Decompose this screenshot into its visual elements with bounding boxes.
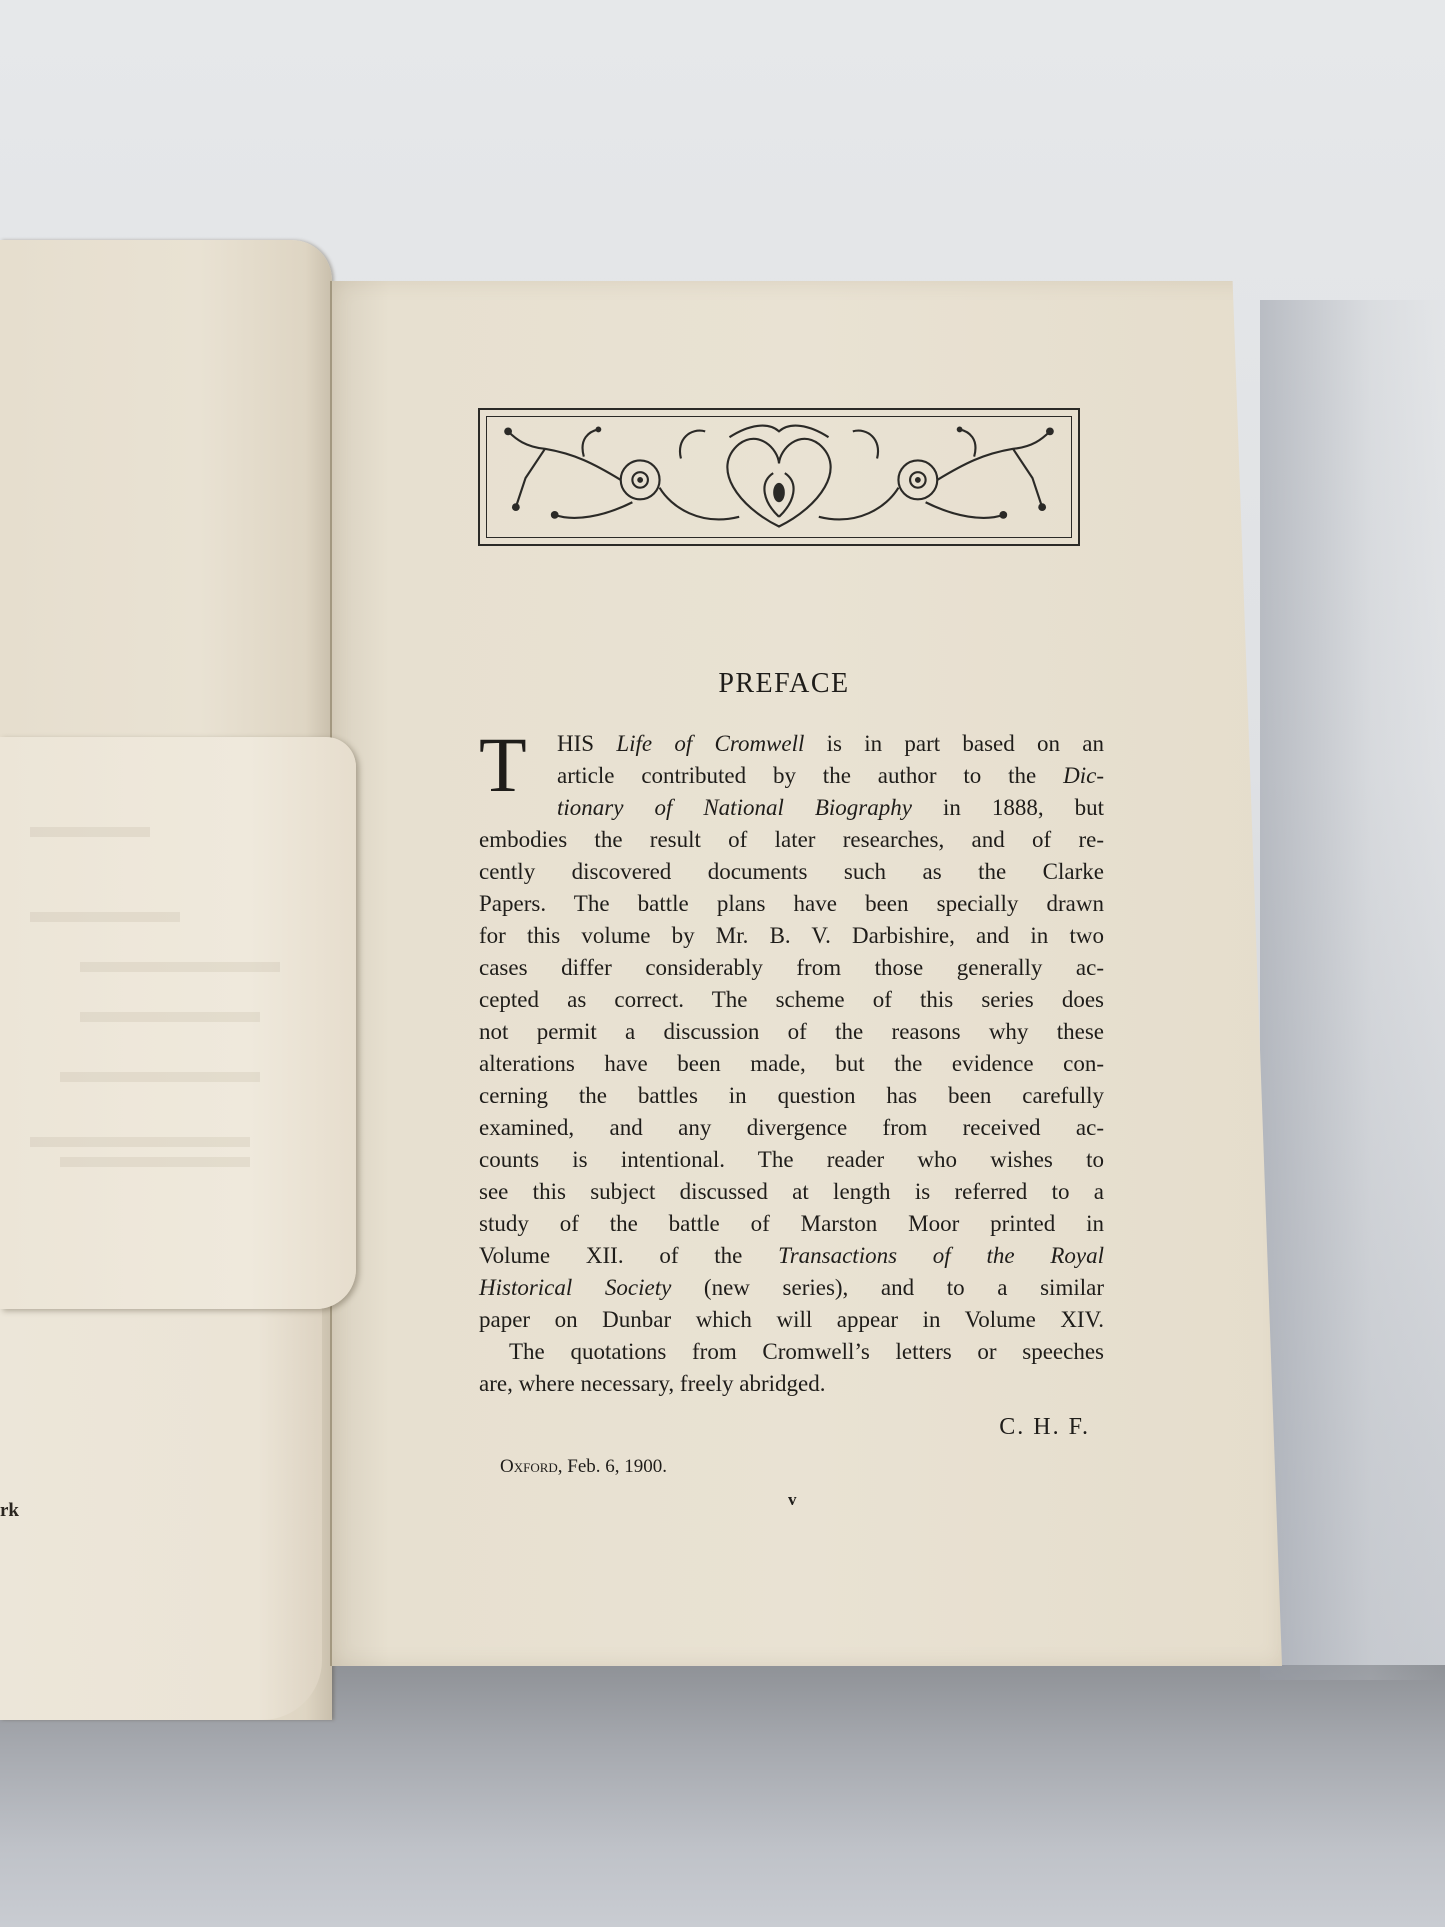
decorative-headpiece xyxy=(478,408,1080,546)
show-through-text xyxy=(60,1157,250,1167)
left-page-partial-text: rk xyxy=(0,1500,19,1522)
text-line: are, where necessary, freely abridged. xyxy=(479,1368,1104,1400)
page-number: v xyxy=(788,1490,797,1510)
show-through-text xyxy=(30,912,180,922)
show-through-text xyxy=(60,1072,260,1082)
text-line: tionary of National Biography in 1888, b… xyxy=(479,792,1104,824)
text-line: alterations have been made, but the evid… xyxy=(479,1048,1104,1080)
folded-insert-sheet[interactable] xyxy=(0,737,356,1309)
text-line: examined, and any divergence from receiv… xyxy=(479,1112,1104,1144)
text-line: paper on Dunbar which will appear in Vol… xyxy=(479,1304,1104,1336)
text-line: cerning the battles in question has been… xyxy=(479,1080,1104,1112)
text-line: HIS Life of Cromwell is in part based on… xyxy=(479,728,1104,760)
left-page-lower xyxy=(0,1300,322,1720)
show-through-text xyxy=(30,1137,250,1147)
text-line: cases differ considerably from those gen… xyxy=(479,952,1104,984)
text-line: The quotations from Cromwell’s letters o… xyxy=(479,1336,1104,1368)
floral-ornament-icon xyxy=(480,410,1078,544)
text-line: see this subject discussed at length is … xyxy=(479,1176,1104,1208)
text-line: cently discovered documents such as the … xyxy=(479,856,1104,888)
text-line: counts is intentional. The reader who wi… xyxy=(479,1144,1104,1176)
show-through-text xyxy=(80,962,280,972)
dateline-place: Oxford xyxy=(500,1456,558,1477)
text-line: not permit a discussion of the reasons w… xyxy=(479,1016,1104,1048)
show-through-text xyxy=(80,1012,260,1022)
text-line: Historical Society (new series), and to … xyxy=(479,1272,1104,1304)
page-shadow xyxy=(1260,300,1445,1680)
text-line: study of the battle of Marston Moor prin… xyxy=(479,1208,1104,1240)
preface-body: HIS Life of Cromwell is in part based on… xyxy=(479,728,1104,1400)
author-initials: C. H. F. xyxy=(900,1414,1090,1441)
page-title: PREFACE xyxy=(478,668,1090,700)
show-through-text xyxy=(30,827,150,837)
dateline-date: , Feb. 6, 1900. xyxy=(558,1456,667,1477)
text-line: for this volume by Mr. B. V. Darbishire,… xyxy=(479,920,1104,952)
dateline: Oxford, Feb. 6, 1900. xyxy=(500,1456,667,1478)
text-line: Papers. The battle plans have been speci… xyxy=(479,888,1104,920)
text-line: cepted as correct. The scheme of this se… xyxy=(479,984,1104,1016)
text-line: embodies the result of later researches,… xyxy=(479,824,1104,856)
text-line: article contributed by the author to the… xyxy=(479,760,1104,792)
text-line: Volume XII. of the Transactions of the R… xyxy=(479,1240,1104,1272)
